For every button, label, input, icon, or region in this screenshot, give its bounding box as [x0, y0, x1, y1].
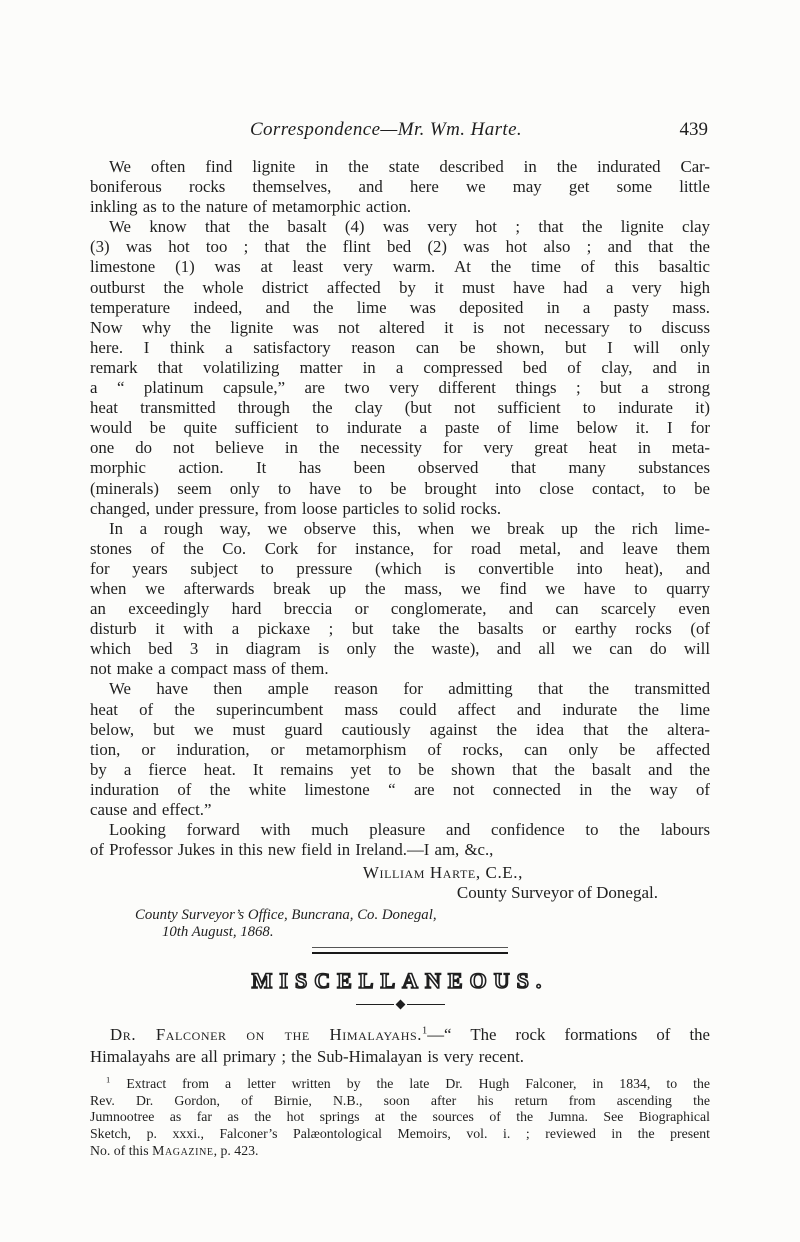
text-line: morphic action. It has been observed tha… — [90, 458, 710, 478]
article-line: Himalayahs are all primary ; the Sub-Him… — [90, 1046, 710, 1068]
letter-paragraph: We have then ample reason for admitting … — [90, 679, 710, 820]
article-paragraph: Dr. Falconer on the Himalayahs.1—“ The r… — [90, 1024, 710, 1067]
text-line: outburst the whole district affected by … — [90, 278, 710, 298]
footnote-text: No. of this — [90, 1143, 152, 1158]
text-line: one do not believe in the necessity for … — [90, 438, 710, 458]
text-line: not make a compact mass of them. — [90, 659, 710, 679]
footnote-text: , p. 423. — [214, 1143, 259, 1158]
page-content: Correspondence—Mr. Wm. Harte. 439 We oft… — [90, 0, 710, 1159]
letter-paragraph: Looking forward with much pleasure and c… — [90, 820, 710, 860]
diamond-icon — [395, 999, 405, 1009]
footnote-line: Rev. Dr. Gordon, of Birnie, N.B., soon a… — [90, 1093, 710, 1110]
text-line: changed, under pressure, from loose part… — [90, 499, 710, 519]
letter-paragraph: We often find lignite in the state descr… — [90, 157, 710, 217]
text-line: Looking forward with much pleasure and c… — [90, 820, 710, 840]
footnote-text: Extract from a letter written by the lat… — [110, 1076, 710, 1091]
text-line: We know that the basalt (4) was very hot… — [90, 217, 710, 237]
text-line: an exceedingly hard breccia or conglomer… — [90, 599, 710, 619]
text-line: for years subject to pressure (which is … — [90, 559, 710, 579]
dateline-office: County Surveyor’s Office, Buncrana, Co. … — [135, 907, 710, 924]
article-line: Dr. Falconer on the Himalayahs.1—“ The r… — [90, 1024, 710, 1046]
text-line: heat of the superincumbent mass could af… — [90, 700, 710, 720]
miscellaneous-heading: MISCELLANEOUS. — [90, 969, 710, 993]
ornament-divider — [90, 1000, 710, 1008]
letter-paragraph: In a rough way, we observe this, when we… — [90, 519, 710, 680]
text-line: We often find lignite in the state descr… — [90, 157, 710, 177]
text-line: heat transmitted through the clay (but n… — [90, 398, 710, 418]
text-line: disturb it with a pickaxe ; but take the… — [90, 619, 710, 639]
letter-body: We often find lignite in the state descr… — [90, 157, 710, 860]
text-line: tion, or induration, or metamorphism of … — [90, 740, 710, 760]
text-line: inkling as to the nature of metamorphic … — [90, 197, 710, 217]
text-line: here. I think a satisfactory reason can … — [90, 338, 710, 358]
letter-paragraph: We know that the basalt (4) was very hot… — [90, 217, 710, 518]
article-lead: Dr. Falconer on the Himalayahs. — [110, 1025, 422, 1044]
text-line: We have then ample reason for admitting … — [90, 679, 710, 699]
divider-line — [356, 1004, 394, 1005]
text-line: (minerals) seem only to have to be broug… — [90, 479, 710, 499]
text-line: boniferous rocks themselves, and here we… — [90, 177, 710, 197]
page-header: Correspondence—Mr. Wm. Harte. 439 — [90, 119, 710, 143]
divider-line — [407, 1004, 445, 1005]
footnote: 1 Extract from a letter written by the l… — [90, 1076, 710, 1159]
footnote-magazine: Magazine — [152, 1143, 214, 1158]
document-page: Correspondence—Mr. Wm. Harte. 439 We oft… — [0, 0, 800, 1242]
text-line: In a rough way, we observe this, when we… — [90, 519, 710, 539]
footnote-line: No. of this Magazine, p. 423. — [90, 1143, 710, 1160]
text-line: Now why the lignite was not altered it i… — [90, 318, 710, 338]
text-line: temperature indeed, and the lime was dep… — [90, 298, 710, 318]
text-line: (3) was hot too ; that the flint bed (2)… — [90, 237, 710, 257]
text-line: a “ platinum capsule,” are two very diff… — [90, 378, 710, 398]
text-line: remark that volatilizing matter in a com… — [90, 358, 710, 378]
text-line: limestone (1) was at least very warm. At… — [90, 257, 710, 277]
running-title: Correspondence—Mr. Wm. Harte. — [76, 119, 696, 141]
text-line: would be quite sufficient to indurate a … — [90, 418, 710, 438]
text-line: induration of the white limestone “ are … — [90, 780, 710, 800]
dateline: County Surveyor’s Office, Buncrana, Co. … — [90, 907, 710, 941]
text-line: when we afterwards break up the mass, we… — [90, 579, 710, 599]
page-number: 439 — [680, 119, 709, 141]
text-line: of Professor Jukes in this new field in … — [90, 840, 710, 860]
footnote-line: Sketch, p. xxxi., Falconer’s Palæontolog… — [90, 1126, 710, 1143]
text-line: below, but we must guard cautiously agai… — [90, 720, 710, 740]
signature-name: William Harte, C.E., — [90, 863, 710, 883]
section-rule — [312, 947, 508, 954]
text-line: stones of the Co. Cork for instance, for… — [90, 539, 710, 559]
text-line: which bed 3 in diagram is only the waste… — [90, 639, 710, 659]
footnote-line: 1 Extract from a letter written by the l… — [90, 1076, 710, 1093]
footnote-line: Jumnootree as far as the hot springs at … — [90, 1109, 710, 1126]
text-line: by a fierce heat. It remains yet to be s… — [90, 760, 710, 780]
signature-title: County Surveyor of Donegal. — [90, 883, 710, 903]
article-lead-rest: —“ The rock formations of the — [427, 1025, 710, 1044]
text-line: cause and effect.” — [90, 800, 710, 820]
dateline-date: 10th August, 1868. — [162, 924, 710, 941]
